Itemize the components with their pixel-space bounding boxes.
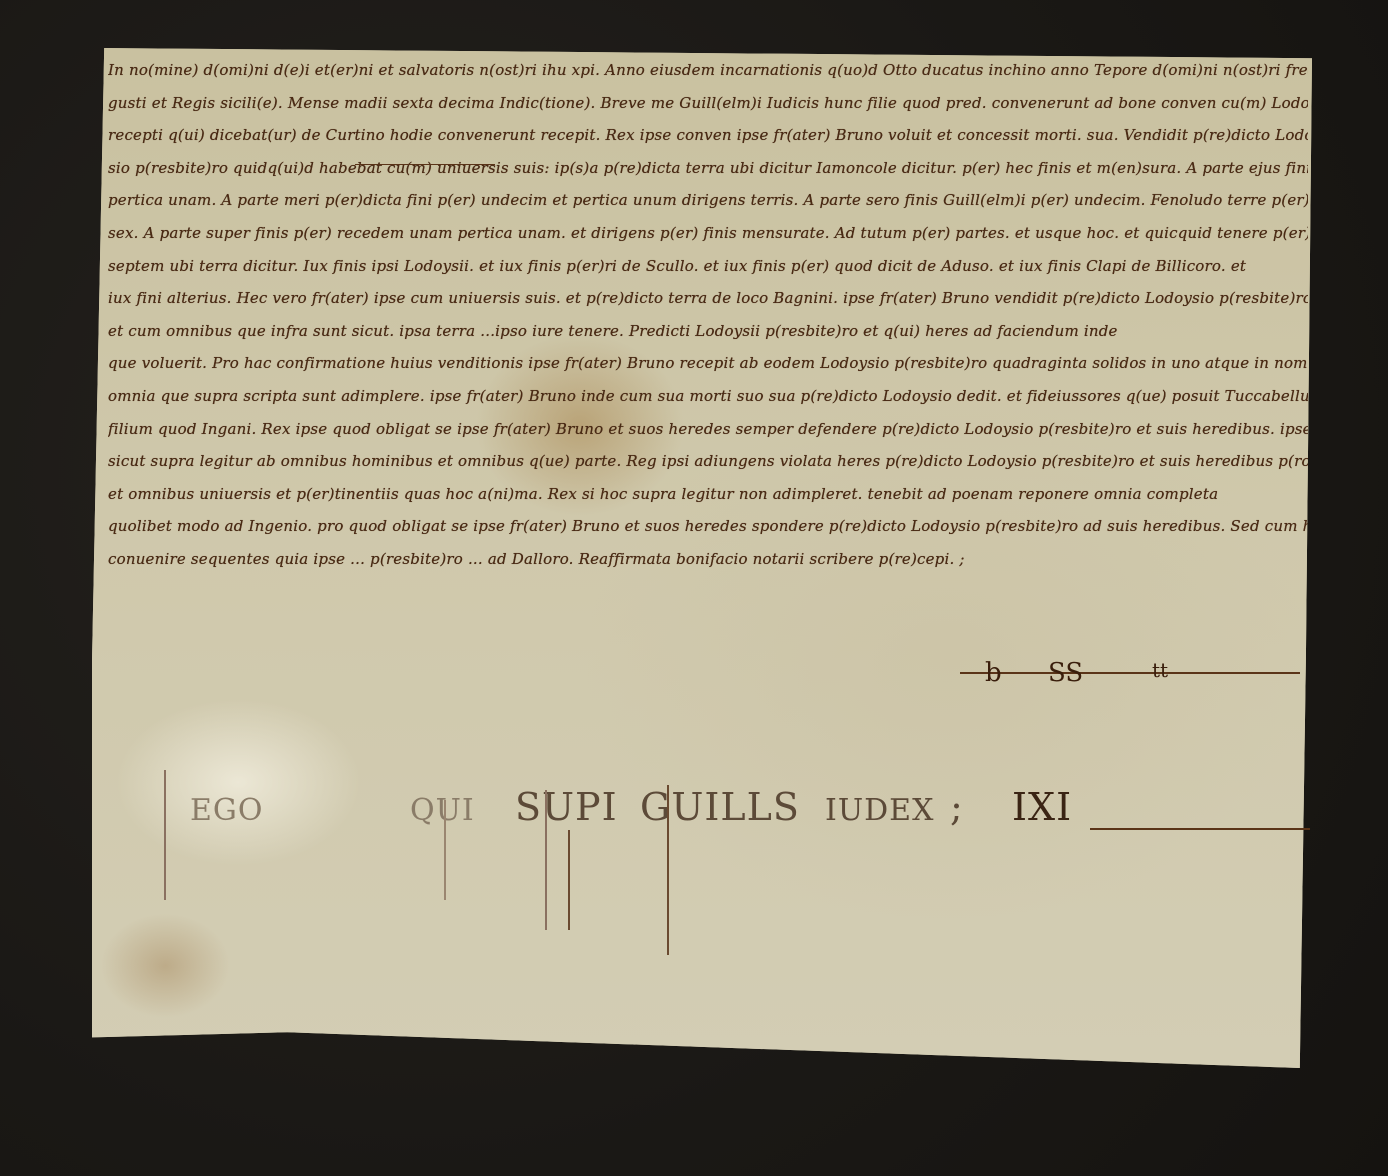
subscription-word: IUDEX [825, 793, 934, 828]
descender-stroke [545, 790, 547, 930]
text-line: iux fini alterius. Hec vero fr(ater) ips… [108, 282, 1308, 315]
text-line: que voluerit. Pro hac confirmatione huiu… [108, 347, 1308, 380]
notary-sign: tt [1152, 658, 1168, 682]
text-line: septem ubi terra dicitur. Iux finis ipsi… [108, 250, 1308, 283]
notary-sign: SS [1048, 658, 1083, 688]
text-line: sio p(resbite)ro quidq(ui)d habebat cu(m… [108, 152, 1308, 185]
notary-rule [960, 672, 1300, 674]
subscription-word: SUPI [515, 785, 618, 829]
subscription-word: GUILLS [640, 785, 800, 829]
text-line: gusti et Regis sicili(e). Mense madii se… [108, 87, 1308, 120]
descender-stroke [164, 770, 166, 900]
text-line: sex. A parte super finis p(er) recedem u… [108, 217, 1308, 250]
text-line: pertica unam. A parte meri p(er)dicta fi… [108, 184, 1308, 217]
descender-stroke [667, 785, 669, 955]
text-line: filium quod Ingani. Rex ipse quod obliga… [108, 413, 1308, 446]
judge-subscription: EGO QUI SUPI GUILLS IUDEX ; IXI [150, 785, 1310, 845]
text-line: conuenire sequentes quia ipse ... p(resb… [108, 543, 1308, 576]
subscription-word: QUI [410, 793, 475, 828]
underline-stroke [355, 164, 495, 165]
text-line: et omnibus uniuersis et p(er)tinentiis q… [108, 478, 1308, 511]
text-line: In no(mine) d(omi)ni d(e)i et(er)ni et s… [108, 54, 1308, 87]
text-line: recepti q(ui) dicebat(ur) de Curtino hod… [108, 119, 1308, 152]
text-line: et cum omnibus que infra sunt sicut. ips… [108, 315, 1308, 348]
text-line: quolibet modo ad Ingenio. pro quod oblig… [108, 510, 1308, 543]
subscription-word: ; [950, 785, 964, 829]
notary-sign: b [985, 658, 1002, 688]
text-line: omnia que supra scripta sunt adimplere. … [108, 380, 1308, 413]
subscription-word: IXI [1012, 785, 1072, 829]
descender-stroke [568, 830, 570, 930]
subscription-word: EGO [190, 793, 263, 828]
charter-text: In no(mine) d(omi)ni d(e)i et(er)ni et s… [108, 54, 1308, 576]
text-line: sicut supra legitur ab omnibus hominibus… [108, 445, 1308, 478]
descender-stroke [444, 800, 446, 900]
subscription-rule [1090, 828, 1310, 830]
